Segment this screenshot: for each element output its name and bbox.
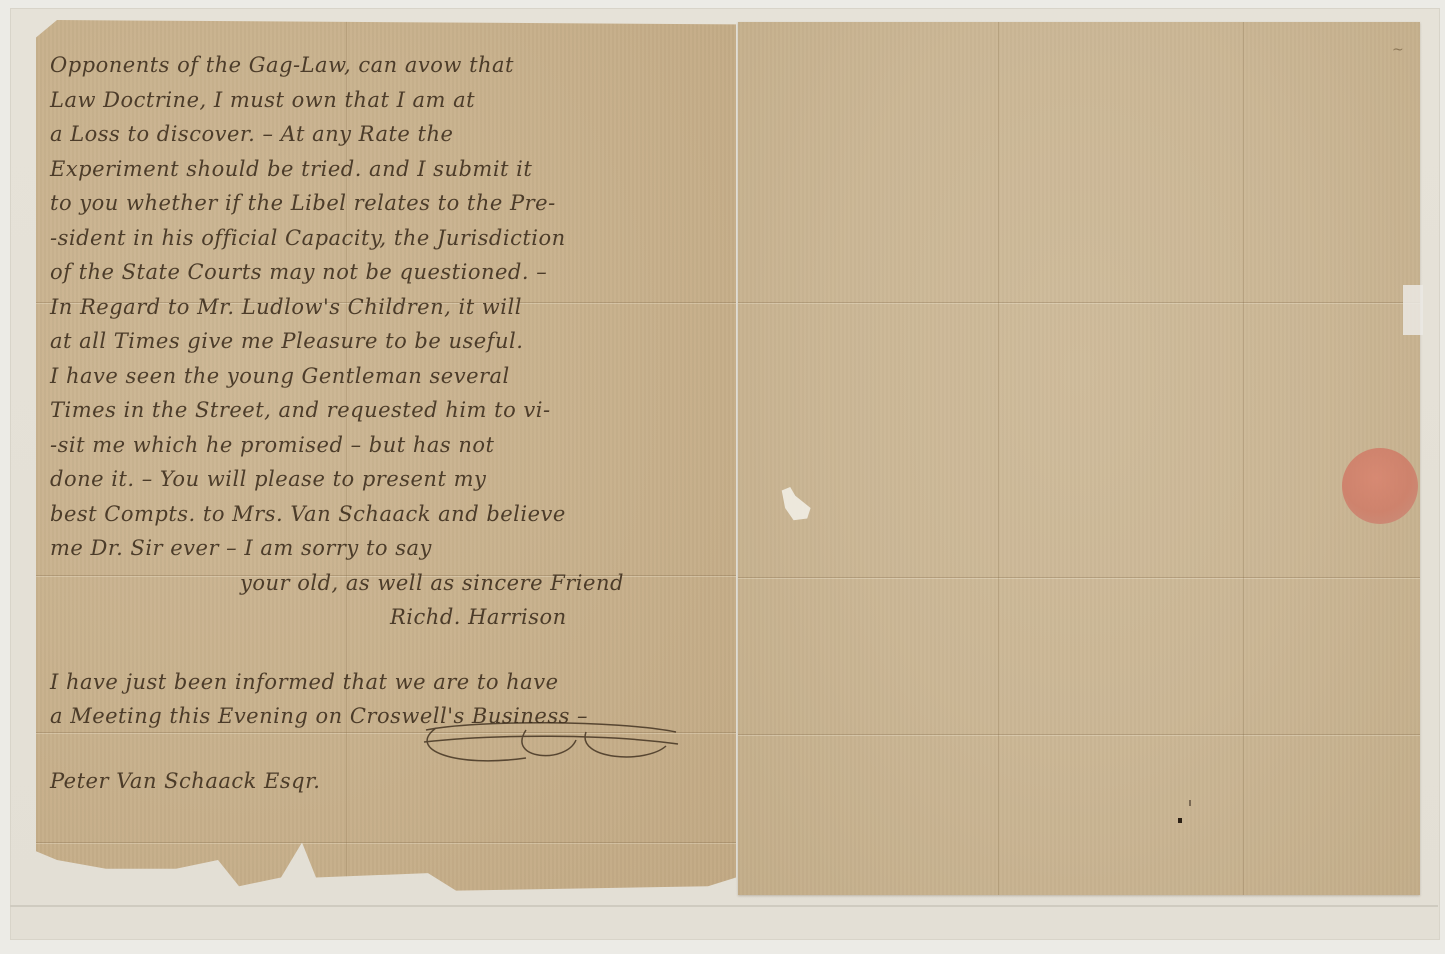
letter-line: of the State Courts may not be questione… [50, 255, 730, 290]
letter-left-page: Opponents of the Gag-Law, can avow that … [36, 20, 736, 895]
letter-line: to you whether if the Libel relates to t… [50, 186, 730, 221]
letter-line: best Compts. to Mrs. Van Schaack and bel… [50, 497, 730, 532]
letter-body: Opponents of the Gag-Law, can avow that … [50, 48, 730, 798]
letter-line: Times in the Street, and requested him t… [50, 393, 730, 428]
fold-crease [1243, 22, 1244, 895]
ink-speck [1178, 818, 1182, 823]
letter-line: at all Times give me Pleasure to be usef… [50, 324, 730, 359]
signature-flourish-icon [416, 720, 686, 770]
letter-line: I have seen the young Gentleman several [50, 359, 730, 394]
sleeve-edge [10, 905, 1438, 907]
letter-line: -sident in his official Capacity, the Ju… [50, 221, 730, 256]
postscript-line: I have just been informed that we are to… [50, 665, 730, 700]
tape-repair [1403, 285, 1423, 335]
letter-line: done it. – You will please to present my [50, 462, 730, 497]
fold-crease [738, 734, 1420, 735]
spacer [50, 635, 730, 665]
fold-crease [738, 577, 1420, 578]
fold-crease [998, 22, 999, 895]
letter-closing: your old, as well as sincere Friend [50, 566, 730, 601]
ink-speck [1189, 800, 1191, 806]
letter-line: Law Doctrine, I must own that I am at [50, 83, 730, 118]
letter-line: me Dr. Sir ever – I am sorry to say [50, 531, 730, 566]
fold-crease [738, 302, 1420, 303]
letter-line: Opponents of the Gag-Law, can avow that [50, 48, 730, 83]
corner-pencil-mark: ~ [1392, 42, 1404, 58]
letter-line: Experiment should be tried. and I submit… [50, 152, 730, 187]
letter-line: a Loss to discover. – At any Rate the [50, 117, 730, 152]
letter-right-page [738, 22, 1420, 895]
wax-seal-icon [1342, 448, 1418, 524]
fold-crease [36, 842, 736, 843]
letter-line: In Regard to Mr. Ludlow's Children, it w… [50, 290, 730, 325]
letter-signature: Richd. Harrison [50, 600, 730, 635]
letter-line: -sit me which he promised – but has not [50, 428, 730, 463]
